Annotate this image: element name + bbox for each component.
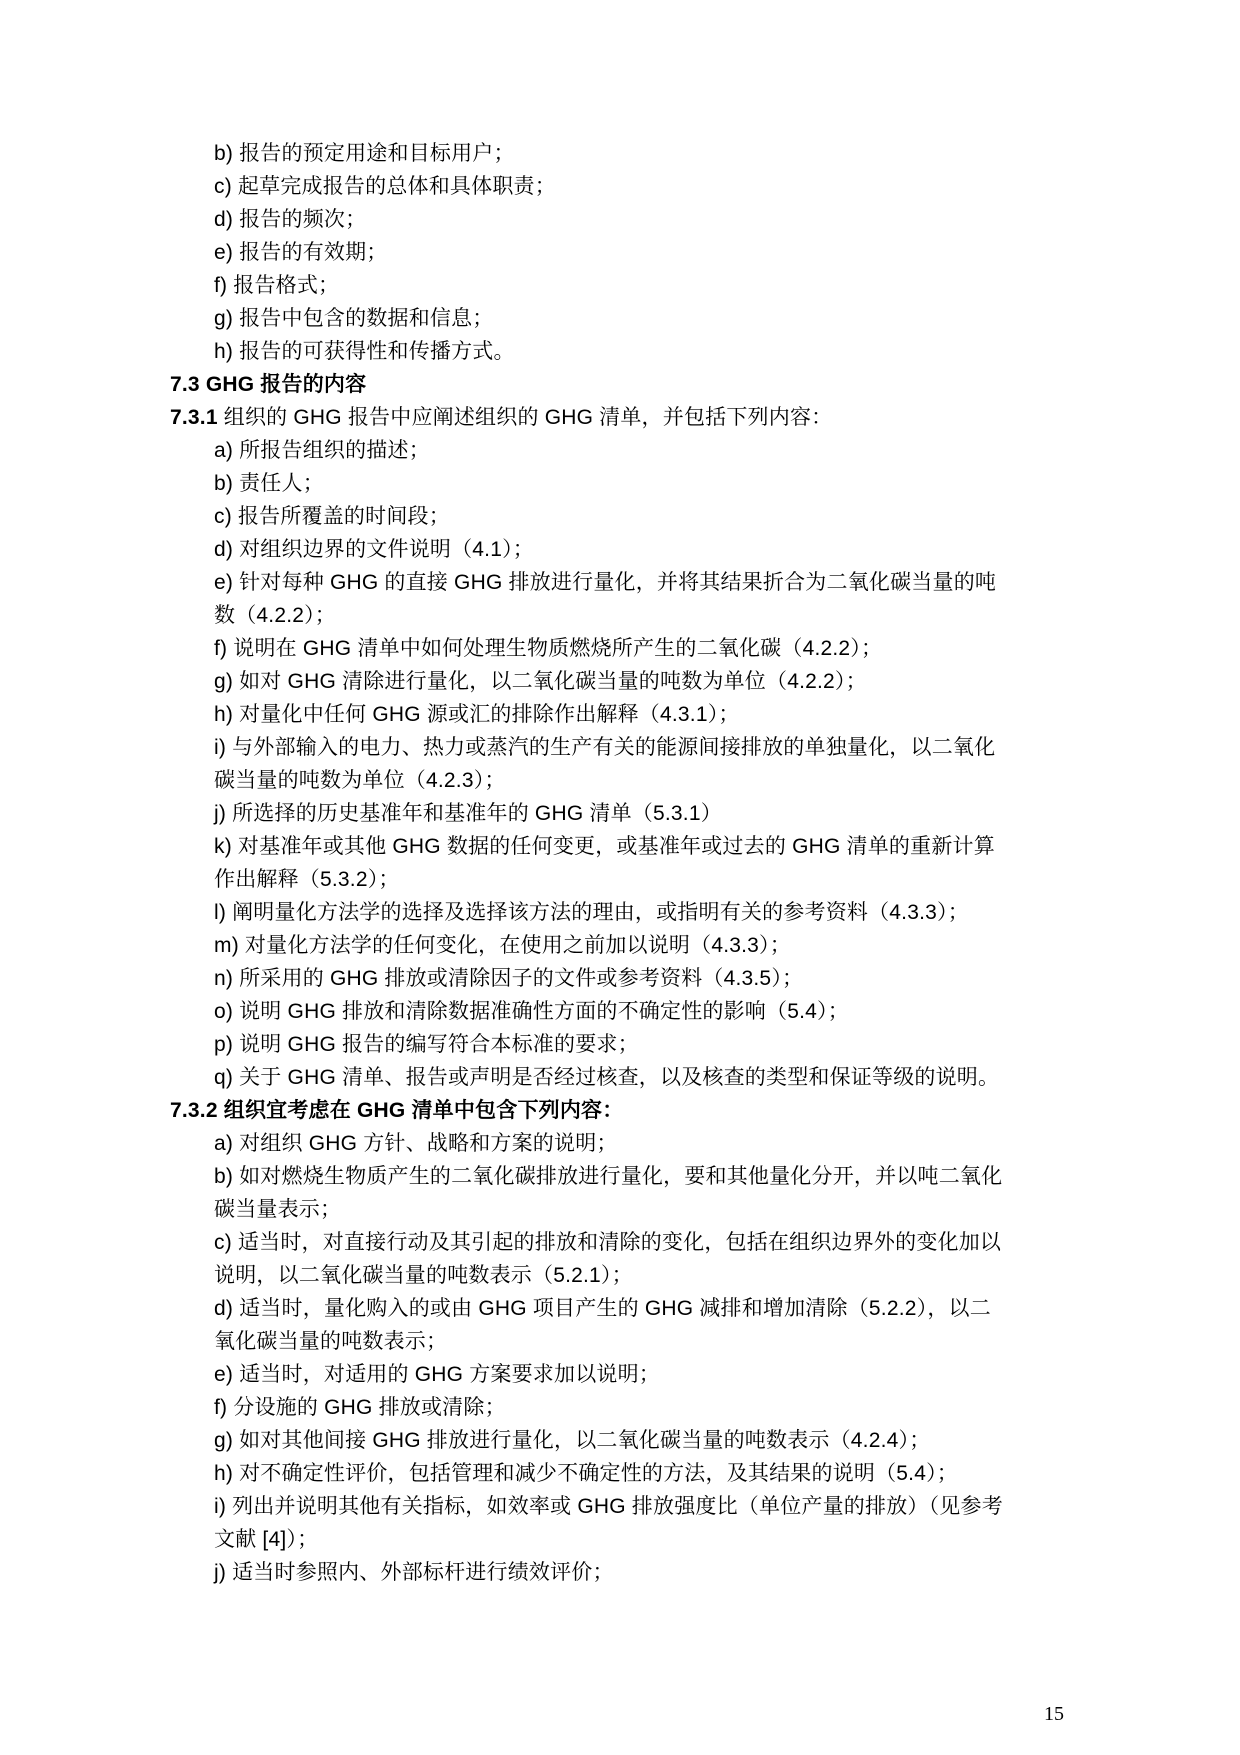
list-line: p) 说明 GHG 报告的编写符合本标准的要求； bbox=[170, 1028, 1095, 1061]
bold-text: 7.3 GHG 报告的内容 bbox=[170, 373, 366, 396]
line-text: c) 适当时，对直接行动及其引起的排放和清除的变化，包括在组织边界外的变化加以 bbox=[214, 1231, 1001, 1254]
line-text: b) 责任人； bbox=[214, 472, 324, 495]
section-heading: 7.3.1 组织的 GHG 报告中应阐述组织的 GHG 清单，并包括下列内容： bbox=[170, 401, 1095, 434]
list-line: d) 对组织边界的文件说明（4.1）； bbox=[170, 533, 1095, 566]
list-line: d) 适当时，量化购入的或由 GHG 项目产生的 GHG 减排和增加清除（5.2… bbox=[170, 1292, 1095, 1325]
list-line: q) 关于 GHG 清单、报告或声明是否经过核查，以及核查的类型和保证等级的说明… bbox=[170, 1061, 1095, 1094]
line-text: 氧化碳当量的吨数表示； bbox=[214, 1330, 447, 1353]
list-line: e) 报告的有效期； bbox=[170, 236, 1095, 269]
list-line: b) 报告的预定用途和目标用户； bbox=[170, 137, 1095, 170]
list-line: h) 报告的可获得性和传播方式。 bbox=[170, 335, 1095, 368]
line-text: 碳当量的吨数为单位（4.2.3）； bbox=[214, 769, 506, 792]
list-line: 数（4.2.2）； bbox=[170, 599, 1095, 632]
list-line: 说明，以二氧化碳当量的吨数表示（5.2.1）； bbox=[170, 1259, 1095, 1292]
line-text: j) 适当时参照内、外部标杆进行绩效评价； bbox=[214, 1561, 614, 1584]
line-text: b) 报告的预定用途和目标用户； bbox=[214, 142, 515, 165]
list-line: 文献 [4]）； bbox=[170, 1523, 1095, 1556]
line-text: f) 说明在 GHG 清单中如何处理生物质燃烧所产生的二氧化碳（4.2.2）； bbox=[214, 637, 882, 660]
line-text: j) 所选择的历史基准年和基准年的 GHG 清单（5.3.1） bbox=[214, 802, 722, 825]
line-text: e) 报告的有效期； bbox=[214, 241, 388, 264]
list-line: 碳当量表示； bbox=[170, 1193, 1095, 1226]
line-text: 碳当量表示； bbox=[214, 1198, 341, 1221]
list-line: o) 说明 GHG 排放和清除数据准确性方面的不确定性的影响（5.4）； bbox=[170, 995, 1095, 1028]
line-text: c) 报告所覆盖的时间段； bbox=[214, 505, 450, 528]
list-line: b) 责任人； bbox=[170, 467, 1095, 500]
line-text: g) 报告中包含的数据和信息； bbox=[214, 307, 494, 330]
line-text: f) 分设施的 GHG 排放或清除； bbox=[214, 1396, 506, 1419]
line-text: 数（4.2.2）； bbox=[214, 604, 336, 627]
list-line: h) 对量化中任何 GHG 源或汇的排除作出解释（4.3.1）； bbox=[170, 698, 1095, 731]
line-text: 说明，以二氧化碳当量的吨数表示（5.2.1）； bbox=[214, 1264, 633, 1287]
list-line: g) 报告中包含的数据和信息； bbox=[170, 302, 1095, 335]
section-heading: 7.3 GHG 报告的内容 bbox=[170, 368, 1095, 401]
list-line: 氧化碳当量的吨数表示； bbox=[170, 1325, 1095, 1358]
document-page: b) 报告的预定用途和目标用户；c) 起草完成报告的总体和具体职责；d) 报告的… bbox=[0, 0, 1240, 1755]
line-text: i) 列出并说明其他有关指标，如效率或 GHG 排放强度比（单位产量的排放）（见… bbox=[214, 1495, 1003, 1518]
line-text: 作出解释（5.3.2）； bbox=[214, 868, 400, 891]
line-text: g) 如对 GHG 清除进行量化，以二氧化碳当量的吨数为单位（4.2.2）； bbox=[214, 670, 867, 693]
document-body: b) 报告的预定用途和目标用户；c) 起草完成报告的总体和具体职责；d) 报告的… bbox=[170, 137, 1095, 1589]
list-line: c) 适当时，对直接行动及其引起的排放和清除的变化，包括在组织边界外的变化加以 bbox=[170, 1226, 1095, 1259]
list-line: j) 所选择的历史基准年和基准年的 GHG 清单（5.3.1） bbox=[170, 797, 1095, 830]
list-line: l) 阐明量化方法学的选择及选择该方法的理由，或指明有关的参考资料（4.3.3）… bbox=[170, 896, 1095, 929]
list-line: h) 对不确定性评价，包括管理和减少不确定性的方法，及其结果的说明（5.4）； bbox=[170, 1457, 1095, 1490]
list-line: d) 报告的频次； bbox=[170, 203, 1095, 236]
list-line: a) 所报告组织的描述； bbox=[170, 434, 1095, 467]
line-text: g) 如对其他间接 GHG 排放进行量化，以二氧化碳当量的吨数表示（4.2.4）… bbox=[214, 1429, 930, 1452]
line-text: p) 说明 GHG 报告的编写符合本标准的要求； bbox=[214, 1033, 639, 1056]
list-line: g) 如对 GHG 清除进行量化，以二氧化碳当量的吨数为单位（4.2.2）； bbox=[170, 665, 1095, 698]
line-text: m) 对量化方法学的任何变化，在使用之前加以说明（4.3.3）； bbox=[214, 934, 791, 957]
bold-text: 7.3.1 bbox=[170, 406, 218, 429]
list-line: e) 适当时，对适用的 GHG 方案要求加以说明； bbox=[170, 1358, 1095, 1391]
list-line: 作出解释（5.3.2）； bbox=[170, 863, 1095, 896]
page-number: 15 bbox=[1044, 1703, 1064, 1726]
list-line: c) 报告所覆盖的时间段； bbox=[170, 500, 1095, 533]
list-line: f) 分设施的 GHG 排放或清除； bbox=[170, 1391, 1095, 1424]
list-line: c) 起草完成报告的总体和具体职责； bbox=[170, 170, 1095, 203]
line-text: o) 说明 GHG 排放和清除数据准确性方面的不确定性的影响（5.4）； bbox=[214, 1000, 849, 1023]
line-text: d) 适当时，量化购入的或由 GHG 项目产生的 GHG 减排和增加清除（5.2… bbox=[214, 1297, 991, 1320]
line-text: h) 对量化中任何 GHG 源或汇的排除作出解释（4.3.1）； bbox=[214, 703, 740, 726]
list-line: b) 如对燃烧生物质产生的二氧化碳排放进行量化，要和其他量化分开，并以吨二氧化 bbox=[170, 1160, 1095, 1193]
line-text: h) 对不确定性评价，包括管理和减少不确定性的方法，及其结果的说明（5.4）； bbox=[214, 1462, 958, 1485]
line-text: f) 报告格式； bbox=[214, 274, 339, 297]
list-line: j) 适当时参照内、外部标杆进行绩效评价； bbox=[170, 1556, 1095, 1589]
bold-text: 7.3.2 组织宜考虑在 GHG 清单中包含下列内容： bbox=[170, 1099, 623, 1122]
list-line: i) 列出并说明其他有关指标，如效率或 GHG 排放强度比（单位产量的排放）（见… bbox=[170, 1490, 1095, 1523]
line-text: e) 适当时，对适用的 GHG 方案要求加以说明； bbox=[214, 1363, 660, 1386]
list-line: e) 针对每种 GHG 的直接 GHG 排放进行量化，并将其结果折合为二氧化碳当… bbox=[170, 566, 1095, 599]
line-text: h) 报告的可获得性和传播方式。 bbox=[214, 340, 515, 363]
line-text: d) 报告的频次； bbox=[214, 208, 366, 231]
line-text: 组织的 GHG 报告中应阐述组织的 GHG 清单，并包括下列内容： bbox=[218, 406, 833, 429]
list-line: m) 对量化方法学的任何变化，在使用之前加以说明（4.3.3）； bbox=[170, 929, 1095, 962]
list-line: 碳当量的吨数为单位（4.2.3）； bbox=[170, 764, 1095, 797]
list-line: f) 报告格式； bbox=[170, 269, 1095, 302]
list-line: a) 对组织 GHG 方针、战略和方案的说明； bbox=[170, 1127, 1095, 1160]
line-text: i) 与外部输入的电力、热力或蒸汽的生产有关的能源间接排放的单独量化，以二氧化 bbox=[214, 736, 995, 759]
list-line: f) 说明在 GHG 清单中如何处理生物质燃烧所产生的二氧化碳（4.2.2）； bbox=[170, 632, 1095, 665]
line-text: k) 对基准年或其他 GHG 数据的任何变更，或基准年或过去的 GHG 清单的重… bbox=[214, 835, 995, 858]
line-text: 文献 [4]）； bbox=[214, 1528, 318, 1551]
section-heading: 7.3.2 组织宜考虑在 GHG 清单中包含下列内容： bbox=[170, 1094, 1095, 1127]
list-line: g) 如对其他间接 GHG 排放进行量化，以二氧化碳当量的吨数表示（4.2.4）… bbox=[170, 1424, 1095, 1457]
line-text: l) 阐明量化方法学的选择及选择该方法的理由，或指明有关的参考资料（4.3.3）… bbox=[214, 901, 969, 924]
line-text: q) 关于 GHG 清单、报告或声明是否经过核查，以及核查的类型和保证等级的说明… bbox=[214, 1066, 999, 1089]
line-text: n) 所采用的 GHG 排放或清除因子的文件或参考资料（4.3.5）； bbox=[214, 967, 803, 990]
line-text: d) 对组织边界的文件说明（4.1）； bbox=[214, 538, 534, 561]
line-text: c) 起草完成报告的总体和具体职责； bbox=[214, 175, 556, 198]
line-text: b) 如对燃烧生物质产生的二氧化碳排放进行量化，要和其他量化分开，并以吨二氧化 bbox=[214, 1165, 1002, 1188]
line-text: a) 对组织 GHG 方针、战略和方案的说明； bbox=[214, 1132, 618, 1155]
line-text: a) 所报告组织的描述； bbox=[214, 439, 430, 462]
list-line: i) 与外部输入的电力、热力或蒸汽的生产有关的能源间接排放的单独量化，以二氧化 bbox=[170, 731, 1095, 764]
list-line: k) 对基准年或其他 GHG 数据的任何变更，或基准年或过去的 GHG 清单的重… bbox=[170, 830, 1095, 863]
line-text: e) 针对每种 GHG 的直接 GHG 排放进行量化，并将其结果折合为二氧化碳当… bbox=[214, 571, 996, 594]
list-line: n) 所采用的 GHG 排放或清除因子的文件或参考资料（4.3.5）； bbox=[170, 962, 1095, 995]
